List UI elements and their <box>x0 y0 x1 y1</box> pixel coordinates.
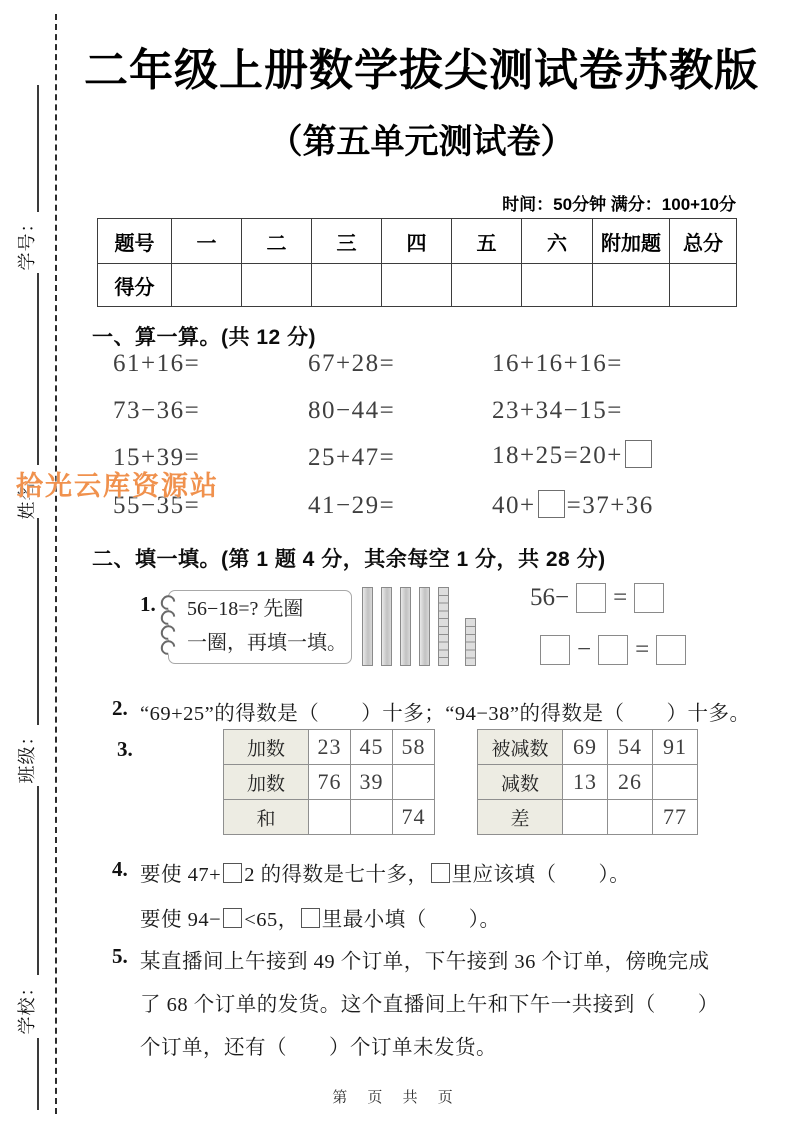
page-subtitle: （第五单元测试卷） <box>70 114 773 163</box>
table-cell-empty <box>608 800 653 835</box>
expression-text: =37+36 <box>567 492 654 519</box>
answer-box <box>538 490 565 518</box>
hint-line: 一圈，再填一填。 <box>187 628 347 659</box>
table-cell-empty <box>653 765 698 800</box>
tens-rod-icon <box>362 587 373 666</box>
score-blank-cell <box>522 264 593 307</box>
arithmetic-problem: 80−44= <box>308 397 395 425</box>
expression-text: 18+25=20+ <box>492 442 623 469</box>
equals-sign: = <box>635 636 649 664</box>
tens-rod-icon <box>419 587 430 666</box>
equals-sign: = <box>613 584 627 612</box>
answer-box <box>656 635 686 665</box>
question-text: 2 的得数是七十多， <box>244 864 428 886</box>
class-field-label: 班级： <box>13 718 35 792</box>
question-text: “69+25”的得数是（ ）十多；“94−38”的得数是（ ）十多。 <box>140 696 751 726</box>
question-text: <65， <box>244 909 299 931</box>
question-text: 要使 47+ <box>140 864 221 886</box>
score-header-cell: 四 <box>382 219 452 264</box>
school-field-label: 学校： <box>13 969 35 1043</box>
sidebar-write-line <box>37 786 39 975</box>
base-ten-blocks <box>362 586 476 666</box>
table-cell-empty <box>309 800 351 835</box>
table-cell-empty <box>563 800 608 835</box>
score-table: 题号 一 二 三 四 五 六 附加题 总分 得分 <box>97 218 737 307</box>
table-cell-empty <box>393 765 435 800</box>
table-cell: 26 <box>608 765 653 800</box>
answer-box <box>301 908 320 928</box>
question-number: 3. <box>117 737 133 762</box>
sidebar-write-line <box>37 85 39 212</box>
arithmetic-problem: 73−36= <box>113 397 200 425</box>
answer-box <box>634 583 664 613</box>
minus-sign: − <box>577 636 591 664</box>
addition-table: 加数 23 45 58 加数 76 39 和 74 <box>223 729 435 835</box>
spiral-binding-icon <box>158 637 178 657</box>
arithmetic-problem: 23+34−15= <box>492 397 623 425</box>
q1-equation-2: − = <box>540 635 686 665</box>
score-blank-cell <box>452 264 522 307</box>
table-row-label: 和 <box>224 800 309 835</box>
answer-box <box>576 583 606 613</box>
question-number: 4. <box>112 857 128 882</box>
page-footer: 第 页 共 页 <box>0 1086 793 1107</box>
score-header-cell: 总分 <box>670 219 737 264</box>
sidebar-write-line <box>37 518 39 725</box>
table-cell: 91 <box>653 730 698 765</box>
question-text-with-boxes: 要使 94−<65，里最小填（ ）。 <box>140 902 501 932</box>
score-header-cell: 六 <box>522 219 593 264</box>
table-row-label: 加数 <box>224 765 309 800</box>
q1-equation-1: 56− = <box>530 583 664 613</box>
arithmetic-problem: 67+28= <box>308 350 395 378</box>
answer-box <box>431 863 450 883</box>
tens-rod-segmented-icon <box>438 587 449 666</box>
table-row-label: 加数 <box>224 730 309 765</box>
hint-line: 56−18=? 先圈 <box>187 594 347 625</box>
question-text-with-boxes: 要使 47+2 的得数是七十多，里应该填（ ）。 <box>140 857 630 887</box>
question-number: 5. <box>112 944 128 969</box>
table-cell: 23 <box>309 730 351 765</box>
expression-text: 40+ <box>492 492 536 519</box>
arithmetic-problem-with-box: 18+25=20+ <box>492 440 654 470</box>
arithmetic-problem: 41−29= <box>308 492 395 520</box>
arithmetic-problem-with-box: 40+=37+36 <box>492 490 654 520</box>
score-header-cell: 一 <box>172 219 242 264</box>
table-cell-empty <box>351 800 393 835</box>
arithmetic-problem: 61+16= <box>113 350 200 378</box>
score-blank-cell <box>312 264 382 307</box>
subtraction-table: 被减数 69 54 91 减数 13 26 差 77 <box>477 729 698 835</box>
arithmetic-problem: 25+47= <box>308 444 395 472</box>
table-row-label: 被减数 <box>478 730 563 765</box>
binding-dashed-line-icon <box>55 14 57 1114</box>
question-text: 要使 94− <box>140 909 221 931</box>
table-row-label: 差 <box>478 800 563 835</box>
time-score-meta: 时间：50分钟 满分：100+10分 <box>97 190 736 215</box>
table-cell: 69 <box>563 730 608 765</box>
section2-heading: 二、填一填。(第 1 题 4 分，其余每空 1 分，共 28 分) <box>92 543 606 573</box>
table-cell: 74 <box>393 800 435 835</box>
table-cell: 54 <box>608 730 653 765</box>
answer-box <box>598 635 628 665</box>
answer-box <box>223 863 242 883</box>
test-paper-page: 学号： 姓名： 班级： 学校： 拾光云库资源站 二年级上册数学拔尖测试卷苏教版 … <box>0 0 793 1122</box>
page-title: 二年级上册数学拔尖测试卷苏教版 <box>70 34 773 98</box>
score-header-cell: 二 <box>242 219 312 264</box>
table-cell: 58 <box>393 730 435 765</box>
table-cell: 13 <box>563 765 608 800</box>
score-header-cell: 五 <box>452 219 522 264</box>
arithmetic-problem: 16+16+16= <box>492 350 623 378</box>
score-header-cell: 附加题 <box>593 219 670 264</box>
question-text: 了 68 个订单的发货。这个直播间上午和下午一共接到（ ） <box>140 987 719 1017</box>
ones-stack-icon <box>465 618 476 666</box>
score-header-cell: 题号 <box>98 219 172 264</box>
answer-box <box>625 440 652 468</box>
question-number: 1. <box>140 592 156 617</box>
question-text: 个订单，还有（ ）个订单未发货。 <box>140 1030 497 1060</box>
table-cell: 76 <box>309 765 351 800</box>
section1-heading: 一、算一算。(共 12 分) <box>92 321 316 351</box>
question-text: 里应该填（ ）。 <box>452 864 631 886</box>
table-cell: 45 <box>351 730 393 765</box>
sidebar-write-line <box>37 273 39 465</box>
answer-box <box>223 908 242 928</box>
question-number: 2. <box>112 696 128 721</box>
table-cell: 39 <box>351 765 393 800</box>
table-cell: 77 <box>653 800 698 835</box>
watermark: 拾光云库资源站 <box>16 464 219 503</box>
student-id-field-label: 学号： <box>13 205 35 279</box>
question-text: 某直播间上午接到 49 个订单，下午接到 36 个订单，傍晚完成 <box>140 944 710 974</box>
score-blank-cell <box>172 264 242 307</box>
table-row-label: 减数 <box>478 765 563 800</box>
score-blank-cell <box>593 264 670 307</box>
question-text: 里最小填（ ）。 <box>322 909 501 931</box>
equation-text: 56− <box>530 584 569 612</box>
answer-box <box>540 635 570 665</box>
score-blank-cell <box>670 264 737 307</box>
score-header-cell: 三 <box>312 219 382 264</box>
hint-note-box: 56−18=? 先圈 一圈，再填一填。 <box>168 590 352 664</box>
score-blank-cell <box>382 264 452 307</box>
tens-rod-icon <box>381 587 392 666</box>
tens-rod-icon <box>400 587 411 666</box>
score-row-label: 得分 <box>98 264 172 307</box>
score-blank-cell <box>242 264 312 307</box>
